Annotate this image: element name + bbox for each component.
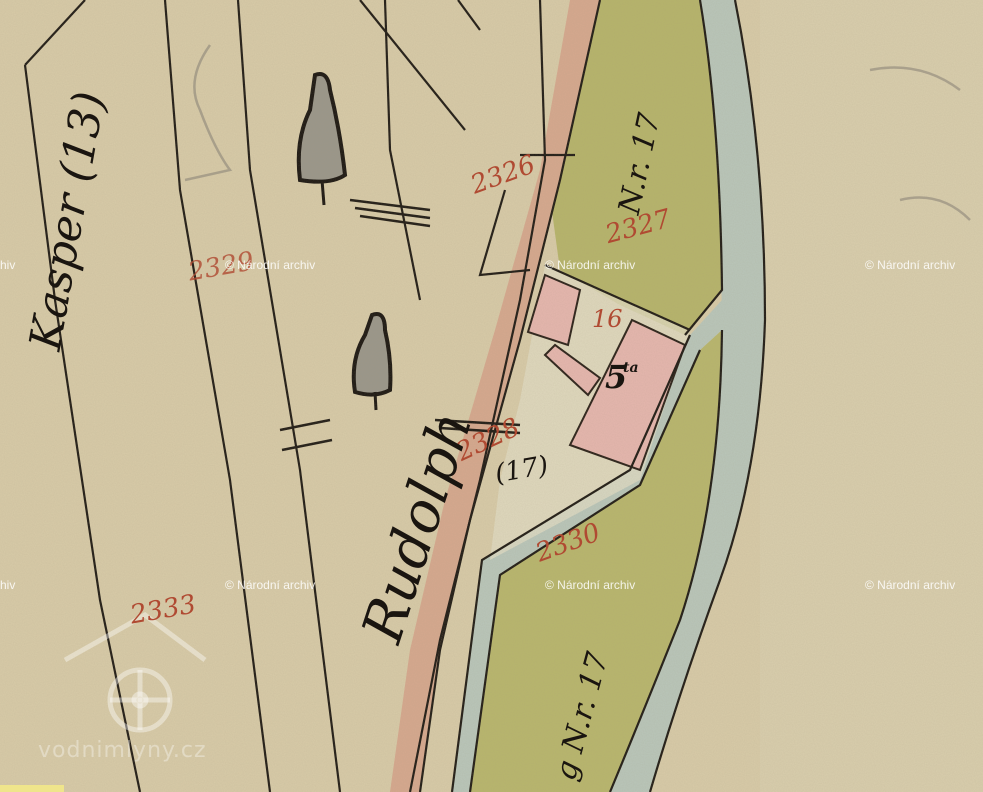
yellow-tab — [0, 785, 64, 792]
watermark: © Národní archiv — [545, 258, 635, 272]
site-logo-text: vodnimlyny.cz — [38, 738, 207, 763]
parcel-number-16: 16 — [592, 305, 623, 333]
watermark: © Národní archiv — [225, 578, 315, 592]
house-number-suffix: ta — [623, 360, 639, 376]
watermark: © Národní archiv — [225, 258, 315, 272]
watermark: © Národní archiv — [865, 578, 955, 592]
cadastral-map: 2326 2327 2329 2328 2330 2333 16 Kasper … — [0, 0, 983, 792]
watermark: © Národní archiv — [865, 258, 955, 272]
watermark-fragment: hiv — [0, 578, 15, 592]
watermark: © Národní archiv — [545, 578, 635, 592]
map-drawing — [0, 0, 983, 792]
watermark-fragment: hiv — [0, 258, 15, 272]
